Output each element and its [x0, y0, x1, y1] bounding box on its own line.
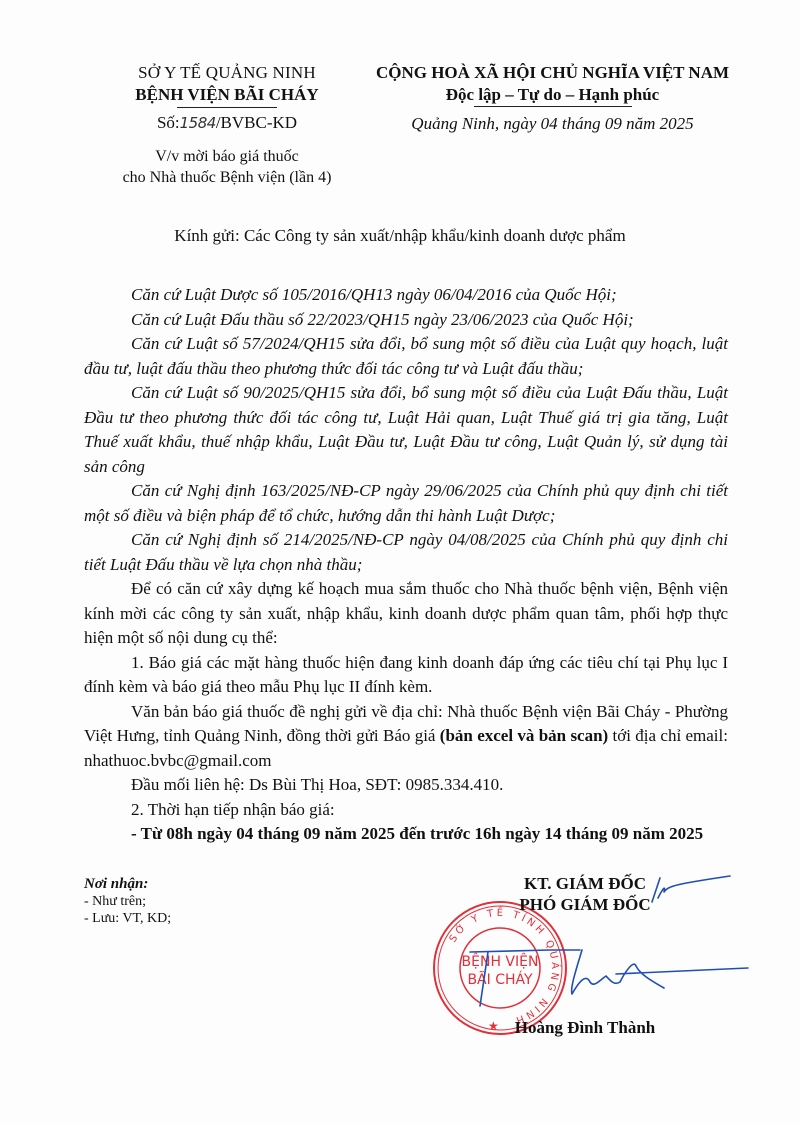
legal-basis-item: Căn cứ Luật Đấu thầu số 22/2023/QH15 ngà…: [84, 308, 728, 333]
nation-title: CỘNG HOÀ XÃ HỘI CHỦ NGHĨA VIỆT NAM: [355, 62, 750, 84]
legal-basis-item: Căn cứ Luật số 57/2024/QH15 sửa đổi, bổ …: [84, 332, 728, 381]
document-number: Số:1584/BVBC-KD: [100, 112, 354, 134]
doc-number-suffix: /BVBC-KD: [216, 113, 297, 132]
national-header: CỘNG HOÀ XÃ HỘI CHỦ NGHĨA VIỆT NAM Độc l…: [355, 62, 750, 135]
contact-paragraph: Đầu mối liên hệ: Ds Bùi Thị Hoa, SĐT: 09…: [84, 773, 728, 798]
document-subject: V/v mời báo giá thuốc cho Nhà thuốc Bệnh…: [100, 146, 354, 188]
legal-basis-list: Căn cứ Luật Dược số 105/2016/QH13 ngày 0…: [84, 283, 728, 577]
doc-number-prefix: Số:: [157, 113, 180, 132]
doc-number-handwritten: 1584: [180, 114, 216, 132]
subject-line: cho Nhà thuốc Bệnh viện (lần 4): [100, 167, 354, 188]
handwritten-signature-icon: [430, 870, 750, 1040]
legal-basis-item: Căn cứ Luật Dược số 105/2016/QH13 ngày 0…: [84, 283, 728, 308]
legal-basis-item: Căn cứ Nghị định 163/2025/NĐ-CP ngày 29/…: [84, 479, 728, 528]
issuer-header: SỞ Y TẾ QUẢNG NINH BỆNH VIỆN BÃI CHÁY Số…: [100, 62, 354, 188]
header-divider: [177, 107, 277, 108]
addressee: Kính gửi: Các Công ty sản xuất/nhập khẩu…: [0, 226, 800, 246]
document-body: Căn cứ Luật Dược số 105/2016/QH13 ngày 0…: [84, 283, 728, 847]
legal-basis-item: Căn cứ Luật số 90/2025/QH15 sửa đổi, bổ …: [84, 381, 728, 479]
item-1-quotation: 1. Báo giá các mặt hàng thuốc hiện đang …: [84, 651, 728, 700]
address-paragraph: Văn bản báo giá thuốc đề nghị gửi về địa…: [84, 700, 728, 774]
distribution-title: Nơi nhận:: [84, 876, 171, 893]
format-note: (bản excel và bản scan): [440, 726, 608, 745]
legal-basis-item: Căn cứ Nghị định số 214/2025/NĐ-CP ngày …: [84, 528, 728, 577]
national-motto: Độc lập – Tự do – Hạnh phúc: [355, 84, 750, 106]
deadline-text: - Từ 08h ngày 04 tháng 09 năm 2025 đến t…: [84, 822, 728, 847]
distribution-item: - Lưu: VT, KD;: [84, 910, 171, 927]
subject-line: V/v mời báo giá thuốc: [100, 146, 354, 167]
intro-paragraph: Để có căn cứ xây dựng kế hoạch mua sắm t…: [84, 577, 728, 651]
place-and-date: Quảng Ninh, ngày 04 tháng 09 năm 2025: [355, 113, 750, 135]
distribution-item: - Như trên;: [84, 893, 171, 910]
item-2-deadline-heading: 2. Thời hạn tiếp nhận báo giá:: [84, 798, 728, 823]
distribution-list: Nơi nhận: - Như trên; - Lưu: VT, KD;: [84, 876, 171, 927]
organization-name: BỆNH VIỆN BÃI CHÁY: [100, 84, 354, 106]
motto-divider: [474, 106, 632, 107]
parent-organization: SỞ Y TẾ QUẢNG NINH: [100, 62, 354, 84]
